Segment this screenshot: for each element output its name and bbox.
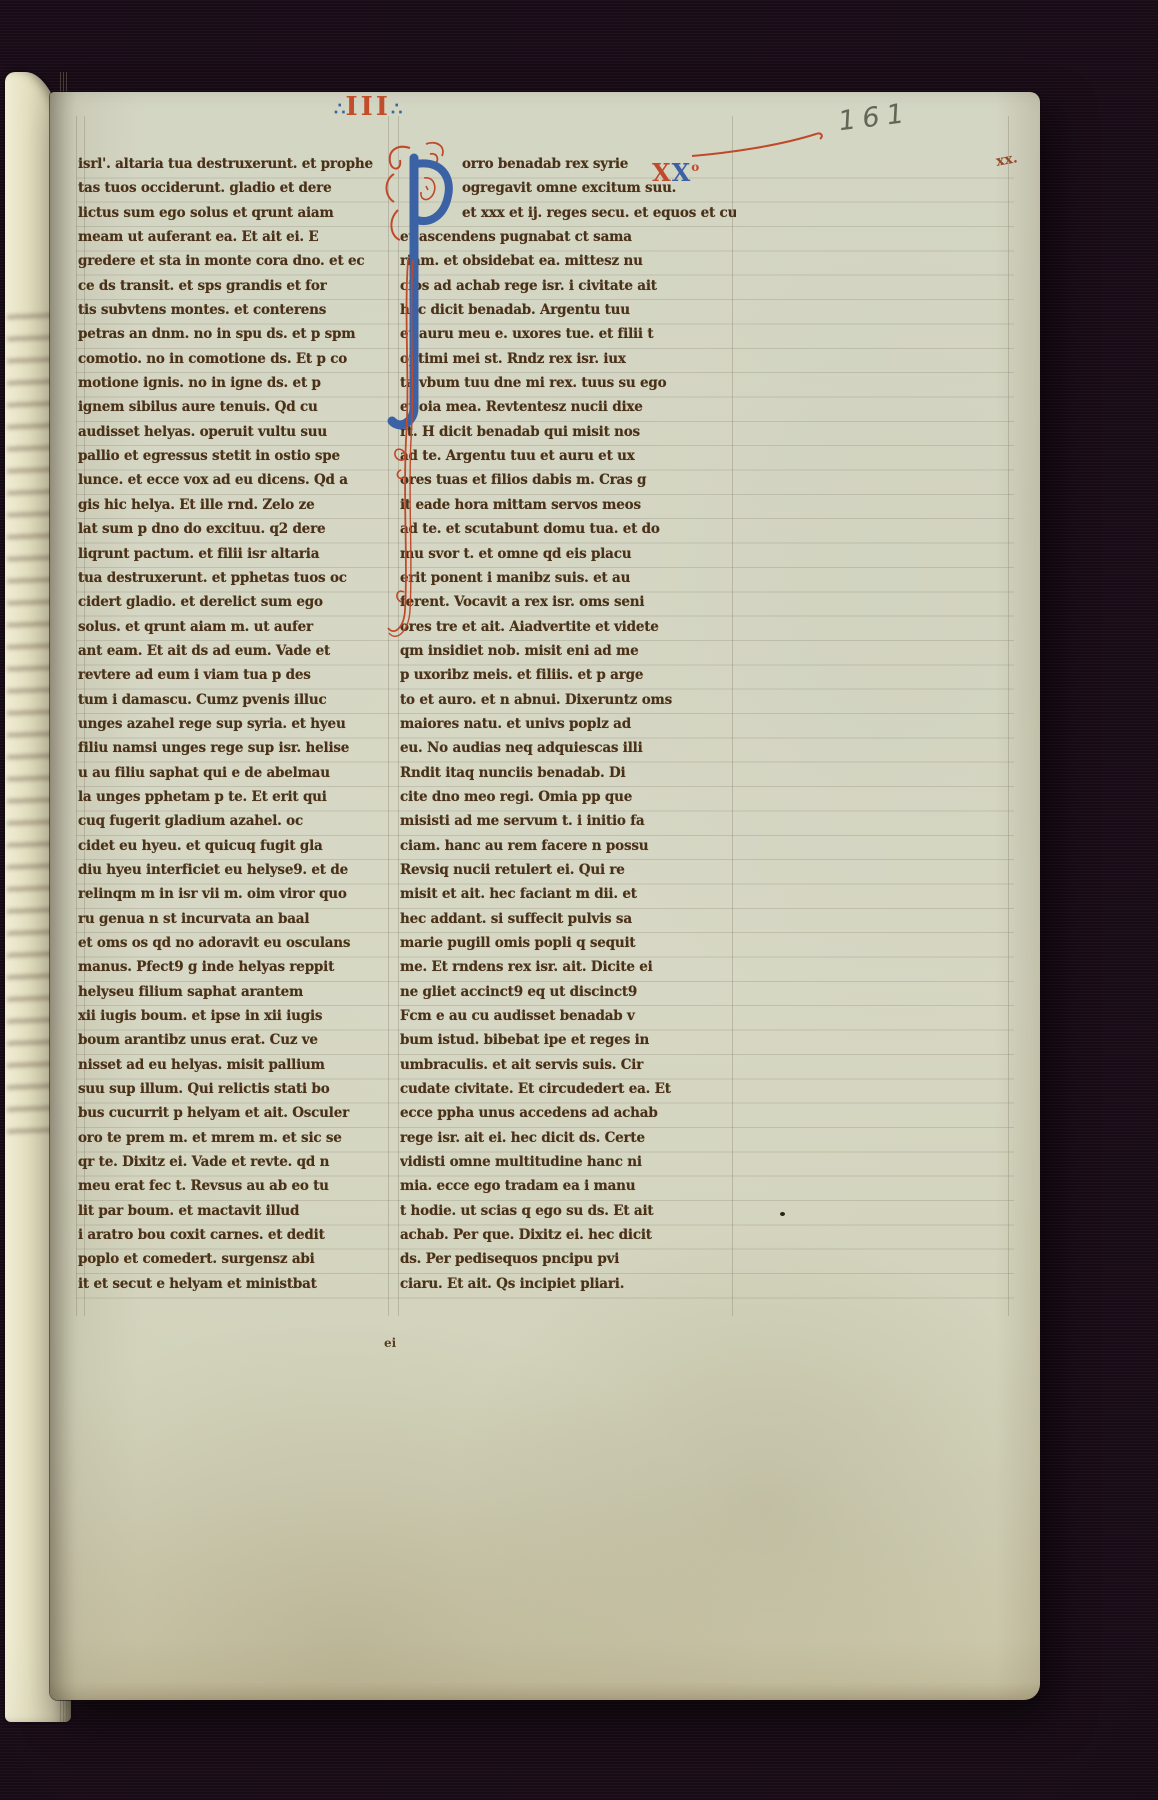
text-line: audisset helyas. operuit vultu suu <box>78 420 391 444</box>
text-line: it et secut e helyam et ministbat <box>78 1272 391 1296</box>
text-line: qr te. Dixitz ei. Vade et revte. qd n <box>78 1150 391 1174</box>
text-line: rt. H dicit benadab qui misit nos <box>400 420 736 444</box>
text-line: oro te prem m. et mrem m. et sic se <box>78 1126 391 1150</box>
text-line: ecce ppha unus accedens ad achab <box>400 1101 736 1125</box>
text-line: et oia mea. Revtentesz nucii dixe <box>400 395 736 419</box>
initial-letter: P <box>380 140 381 141</box>
ruling-vertical <box>76 116 77 1316</box>
text-line: ce ds transit. et sps grandis et for <box>78 274 391 298</box>
title-ornament-right: ∴ <box>391 99 402 120</box>
parchment-page: ∴III∴ 161 xx. isrl'. altaria tua destrux… <box>50 92 1040 1700</box>
text-line: erit ponent i manibz suis. et au <box>400 566 736 590</box>
numeral-swash-icon <box>688 128 828 158</box>
text-line: solus. et qrunt aiam m. ut aufer <box>78 615 391 639</box>
text-line: ciam. hanc au rem facere n possu <box>400 834 736 858</box>
title-ornament-left: ∴ <box>334 99 345 120</box>
text-line: Revsiq nucii retulert ei. Qui re <box>400 858 736 882</box>
running-title: ∴III∴ <box>334 92 402 122</box>
chapter-numeral: XXo <box>648 142 828 188</box>
text-line: boum arantibz unus erat. Cuz ve <box>78 1028 391 1052</box>
text-line: it eade hora mittam servos meos <box>400 493 736 517</box>
text-line: bus cucurrit p helyam et ait. Osculer <box>78 1101 391 1125</box>
text-line: ne gliet accinct9 eq ut discinct9 <box>400 980 736 1004</box>
text-line: ad te. et scutabunt domu tua. et do <box>400 517 736 541</box>
text-line: achab. Per que. Dixitz ei. hec dicit <box>400 1223 736 1247</box>
text-line: revtere ad eum i viam tua p des <box>78 663 391 687</box>
text-line: nisset ad eu helyas. misit pallium <box>78 1053 391 1077</box>
text-line: tis subvtens montes. et conterens <box>78 298 391 322</box>
numeral-x-blue: X <box>672 158 692 187</box>
text-line: cios ad achab rege isr. i civitate ait <box>400 274 736 298</box>
text-line: hec addant. si suffecit pulvis sa <box>400 907 736 931</box>
text-line: filiu namsi unges rege sup isr. helise <box>78 736 391 760</box>
text-line: optimi mei st. Rndz rex isr. iux <box>400 347 736 371</box>
folio-number: 161 <box>837 97 911 137</box>
text-line: qm insidiet nob. misit eni ad me <box>400 639 736 663</box>
text-column-left: isrl'. altaria tua destruxerunt. et prop… <box>78 152 391 1296</box>
text-line: rege isr. ait ei. hec dicit ds. Certe <box>400 1126 736 1150</box>
text-line: ores tre et ait. Aiadvertite et videte <box>400 615 736 639</box>
text-line: marie pugill omis popli q sequit <box>400 931 736 955</box>
text-line: vidisti omne multitudine hanc ni <box>400 1150 736 1174</box>
text-line: poplo et comedert. surgensz abi <box>78 1247 391 1271</box>
running-title-numeral: III <box>345 92 391 122</box>
text-line: gredere et sta in monte cora dno. et ec <box>78 249 391 273</box>
numeral-ordinal: o <box>691 160 700 174</box>
text-line: hec dicit benadab. Argentu tuu <box>400 298 736 322</box>
text-line: maiores natu. et univs poplz ad <box>400 712 736 736</box>
text-line: lat sum p dno do excituu. q2 dere <box>78 517 391 541</box>
text-line: tua destruxerunt. et pphetas tuos oc <box>78 566 391 590</box>
text-line: umbraculis. et ait servis suis. Cir <box>400 1053 736 1077</box>
text-line: misit et ait. hec faciant m dii. et <box>400 882 736 906</box>
text-line: xii iugis boum. et ipse in xii iugis <box>78 1004 391 1028</box>
text-line: diu hyeu interficiet eu helyse9. et de <box>78 858 391 882</box>
text-line: ores tuas et filios dabis m. Cras g <box>400 468 736 492</box>
numeral-x-red: X <box>652 158 672 187</box>
text-line: mu svor t. et omne qd eis placu <box>400 542 736 566</box>
text-line: riam. et obsidebat ea. mittesz nu <box>400 249 736 273</box>
old-chapter-mark: xx. <box>995 150 1019 170</box>
text-line: lunce. et ecce vox ad eu dicens. Qd a <box>78 468 391 492</box>
text-line: meam ut auferant ea. Et ait ei. E <box>78 225 391 249</box>
text-line: lictus sum ego solus et qrunt aiam <box>78 201 391 225</box>
text-line: ta vbum tuu dne mi rex. tuus su ego <box>400 371 736 395</box>
text-line: et xxx et ij. reges secu. et equos et cu… <box>400 201 736 225</box>
text-line: t hodie. ut scias q ego su ds. Et ait <box>400 1199 736 1223</box>
text-line: et ascendens pugnabat ct sama <box>400 225 736 249</box>
text-line: ciaru. Et ait. Qs incipiet pliari. <box>400 1272 736 1296</box>
text-line: to et auro. et n abnui. Dixeruntz oms <box>400 688 736 712</box>
text-line: u au filiu saphat qui e de abelmau <box>78 761 391 785</box>
text-line: motione ignis. no in igne ds. et p <box>78 371 391 395</box>
text-line: bum istud. bibebat ipe et reges in <box>400 1028 736 1052</box>
text-line: manus. Pfect9 g inde helyas reppit <box>78 955 391 979</box>
text-line: ignem sibilus aure tenuis. Qd cu <box>78 395 391 419</box>
text-line: suu sup illum. Qui relictis stati bo <box>78 1077 391 1101</box>
text-line: isrl'. altaria tua destruxerunt. et prop… <box>78 152 391 176</box>
text-line: eu. No audias neq adquiescas illi <box>400 736 736 760</box>
text-line: ds. Per pedisequos pncipu pvi <box>400 1247 736 1271</box>
text-line: comotio. no in comotione ds. Et p co <box>78 347 391 371</box>
text-line: Fcm e au cu audisset benadab v <box>400 1004 736 1028</box>
ruling-vertical <box>1008 116 1009 1316</box>
text-line: gis hic helya. Et ille rnd. Zelo ze <box>78 493 391 517</box>
ruling-vertical <box>398 116 399 1316</box>
text-column-right: orro benadab rex syrieogregavit omne exc… <box>400 152 736 1296</box>
text-line: i aratro bou coxit carnes. et dedit <box>78 1223 391 1247</box>
text-line: mia. ecce ego tradam ea i manu <box>400 1174 736 1198</box>
text-line: misisti ad me servum t. i initio fa <box>400 809 736 833</box>
catchword: ei <box>384 1336 396 1350</box>
text-line: relinqm m in isr vii m. oim viror quo <box>78 882 391 906</box>
text-line: et oms os qd no adoravit eu osculans <box>78 931 391 955</box>
text-line: Rndit itaq nunciis benadab. Di <box>400 761 736 785</box>
text-line: ad te. Argentu tuu et auru et ux <box>400 444 736 468</box>
text-line: cite dno meo regi. Omia pp que <box>400 785 736 809</box>
text-line: cudate civitate. Et circudedert ea. Et <box>400 1077 736 1101</box>
ink-speck <box>780 1212 785 1216</box>
text-line: liqrunt pactum. et filii isr altaria <box>78 542 391 566</box>
text-line: lit par boum. et mactavit illud <box>78 1199 391 1223</box>
manuscript-photo: ∴III∴ 161 xx. isrl'. altaria tua destrux… <box>0 0 1158 1800</box>
text-line: tum i damascu. Cumz pvenis illuc <box>78 688 391 712</box>
text-line: ferent. Vocavit a rex isr. oms seni <box>400 590 736 614</box>
text-line: pallio et egressus stetit in ostio spe <box>78 444 391 468</box>
text-line: cidert gladio. et derelict sum ego <box>78 590 391 614</box>
text-line: cidet eu hyeu. et quicuq fugit gla <box>78 834 391 858</box>
text-line: ru genua n st incurvata an baal <box>78 907 391 931</box>
text-line: p uxoribz meis. et filiis. et p arge <box>400 663 736 687</box>
text-line: et auru meu e. uxores tue. et filii t <box>400 322 736 346</box>
text-line: cuq fugerit gladium azahel. oc <box>78 809 391 833</box>
text-line: meu erat fec t. Revsus au ab eo tu <box>78 1174 391 1198</box>
text-line: ant eam. Et ait ds ad eum. Vade et <box>78 639 391 663</box>
text-line: helyseu filium saphat arantem <box>78 980 391 1004</box>
text-line: unges azahel rege sup syria. et hyeu <box>78 712 391 736</box>
text-line: la unges pphetam p te. Et erit qui <box>78 785 391 809</box>
text-line: me. Et rndens rex isr. ait. Dicite ei <box>400 955 736 979</box>
text-line: petras an dnm. no in spu ds. et p spm <box>78 322 391 346</box>
text-line: tas tuos occiderunt. gladio et dere <box>78 176 391 200</box>
